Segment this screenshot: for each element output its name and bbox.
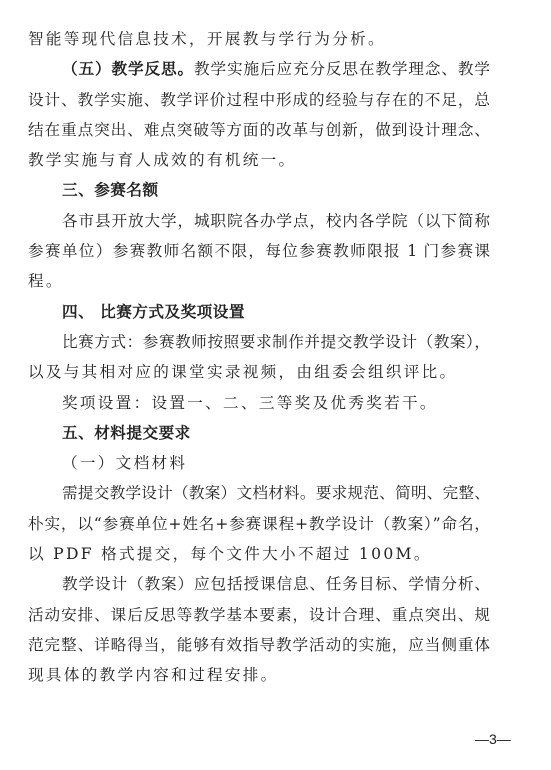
paragraph-line: 教学设计（教案）应包括授课信息、任务目标、学情分析、 (28, 569, 490, 599)
section-lead: （五）教学反思。 (62, 59, 194, 78)
paragraph-line: 设计、教学实施、教学评价过程中形成的经验与存在的不足，总 (28, 85, 490, 115)
paragraph-line: 以 PDF 格式提交，每个文件大小不超过 100M。 (28, 539, 490, 569)
section-heading: 五、材料提交要求 (28, 418, 490, 448)
section-heading: 四、 比赛方式及奖项设置 (28, 297, 490, 327)
paragraph-line: 需提交教学设计（教案）文档材料。要求规范、简明、完整、 (28, 478, 490, 508)
document-page: 智能等现代信息技术，开展教与学行为分析。 （五）教学反思。教学实施后应充分反思在… (28, 24, 490, 691)
paragraph-line: 以及与其相对应的课堂实录视频，由组委会组织评比。 (28, 357, 490, 387)
paragraph-line: 教学实施与育人成效的有机统一。 (28, 145, 490, 175)
paragraph-line: （五）教学反思。教学实施后应充分反思在教学理念、教学 (28, 54, 490, 84)
paragraph-line: 结在重点突出、难点突破等方面的改革与创新，做到设计理念、 (28, 115, 490, 145)
paragraph-line: 比赛方式：参赛教师按照要求制作并提交教学设计（教案）， (28, 327, 490, 357)
paragraph-line: 活动安排、课后反思等教学基本要素，设计合理、重点突出、规 (28, 600, 490, 630)
paragraph-line: 朴实，以“参赛单位+姓名+参赛课程+教学设计（教案）”命名， (28, 509, 490, 539)
subsection-heading: （一）文档材料 (28, 448, 490, 478)
paragraph-line: 智能等现代信息技术，开展教与学行为分析。 (28, 24, 490, 54)
paragraph-line: 现具体的教学内容和过程安排。 (28, 660, 490, 690)
page-number: —3— (475, 731, 511, 747)
paragraph-line: 各市县开放大学，城职院各办学点，校内各学院（以下简称 (28, 206, 490, 236)
paragraph-line: 范完整、详略得当，能够有效指导教学活动的实施，应当侧重体 (28, 630, 490, 660)
paragraph-line: 参赛单位）参赛教师名额不限，每位参赛教师限报 1 门参赛课 (28, 236, 490, 266)
paragraph-line: 程。 (28, 266, 490, 296)
section-heading: 三、参赛名额 (28, 175, 490, 205)
paragraph-line: 奖项设置：设置一、二、三等奖及优秀奖若干。 (28, 388, 490, 418)
